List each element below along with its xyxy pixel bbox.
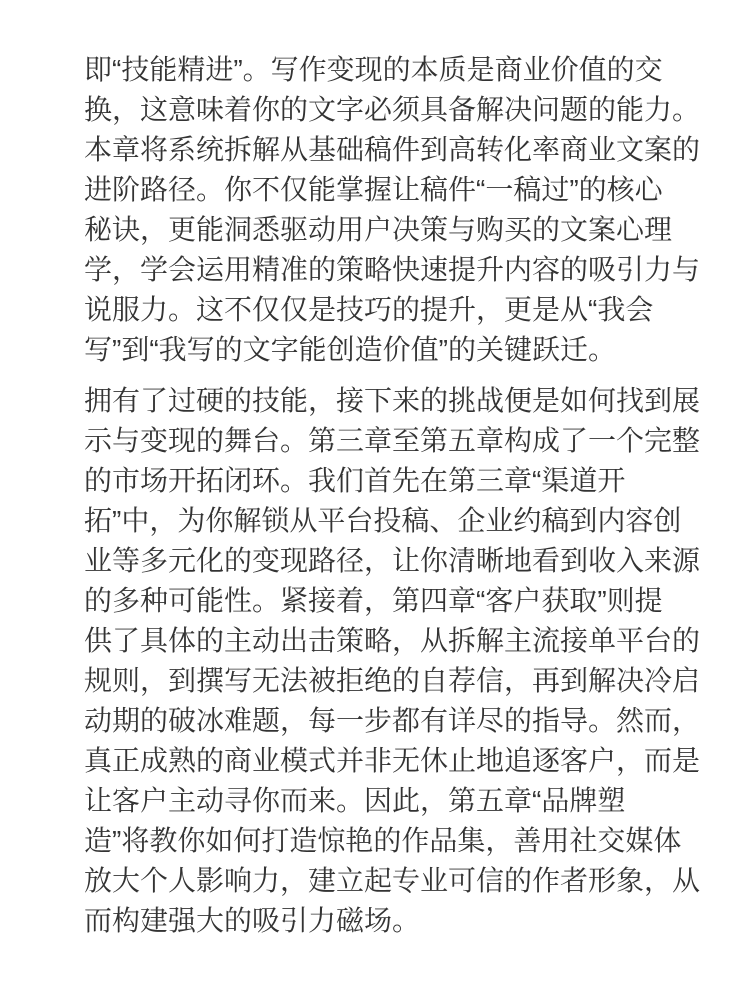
text-line: 即“技能精进”。写作变现的本质是商业价值的交 — [84, 50, 694, 90]
ebook-page: 即“技能精进”。写作变现的本质是商业价值的交换，这意味着你的文字必须具备解决问题… — [0, 0, 750, 1000]
text-line: 本章将系统拆解从基础稿件到高转化率商业文案的 — [84, 130, 694, 170]
text-line: 业等多元化的变现路径，让你清晰地看到收入来源 — [84, 541, 694, 581]
text-line: 真正成熟的商业模式并非无休止地追逐客户，而是 — [84, 741, 694, 781]
text-line: 的市场开拓闭环。我们首先在第三章“渠道开 — [84, 461, 694, 501]
paragraph: 拥有了过硬的技能，接下来的挑战便是如何找到展示与变现的舞台。第三章至第五章构成了… — [84, 381, 694, 941]
text-line: 学，学会运用精准的策略快速提升内容的吸引力与 — [84, 250, 694, 290]
text-line: 而构建强大的吸引力磁场。 — [84, 901, 694, 941]
text-line: 拓”中，为你解锁从平台投稿、企业约稿到内容创 — [84, 501, 694, 541]
text-line: 供了具体的主动出击策略，从拆解主流接单平台的 — [84, 621, 694, 661]
text-line: 拥有了过硬的技能，接下来的挑战便是如何找到展 — [84, 381, 694, 421]
text-line: 放大个人影响力，建立起专业可信的作者形象，从 — [84, 861, 694, 901]
text-line: 动期的破冰难题，每一步都有详尽的指导。然而， — [84, 701, 694, 741]
text-line: 示与变现的舞台。第三章至第五章构成了一个完整 — [84, 421, 694, 461]
text-line: 的多种可能性。紧接着，第四章“客户获取”则提 — [84, 581, 694, 621]
reader-content: 即“技能精进”。写作变现的本质是商业价值的交换，这意味着你的文字必须具备解决问题… — [0, 0, 750, 941]
text-line: 写”到“我写的文字能创造价值”的关键跃迁。 — [84, 330, 694, 370]
text-line: 让客户主动寻你而来。因此，第五章“品牌塑 — [84, 781, 694, 821]
text-line: 换，这意味着你的文字必须具备解决问题的能力。 — [84, 90, 694, 130]
text-line: 进阶路径。你不仅能掌握让稿件“一稿过”的核心 — [84, 170, 694, 210]
paragraph: 即“技能精进”。写作变现的本质是商业价值的交换，这意味着你的文字必须具备解决问题… — [84, 50, 694, 370]
text-line: 造”将教你如何打造惊艳的作品集，善用社交媒体 — [84, 821, 694, 861]
text-line: 规则，到撰写无法被拒绝的自荐信，再到解决冷启 — [84, 661, 694, 701]
text-line: 说服力。这不仅仅是技巧的提升，更是从“我会 — [84, 290, 694, 330]
text-line: 秘诀，更能洞悉驱动用户决策与购买的文案心理 — [84, 210, 694, 250]
